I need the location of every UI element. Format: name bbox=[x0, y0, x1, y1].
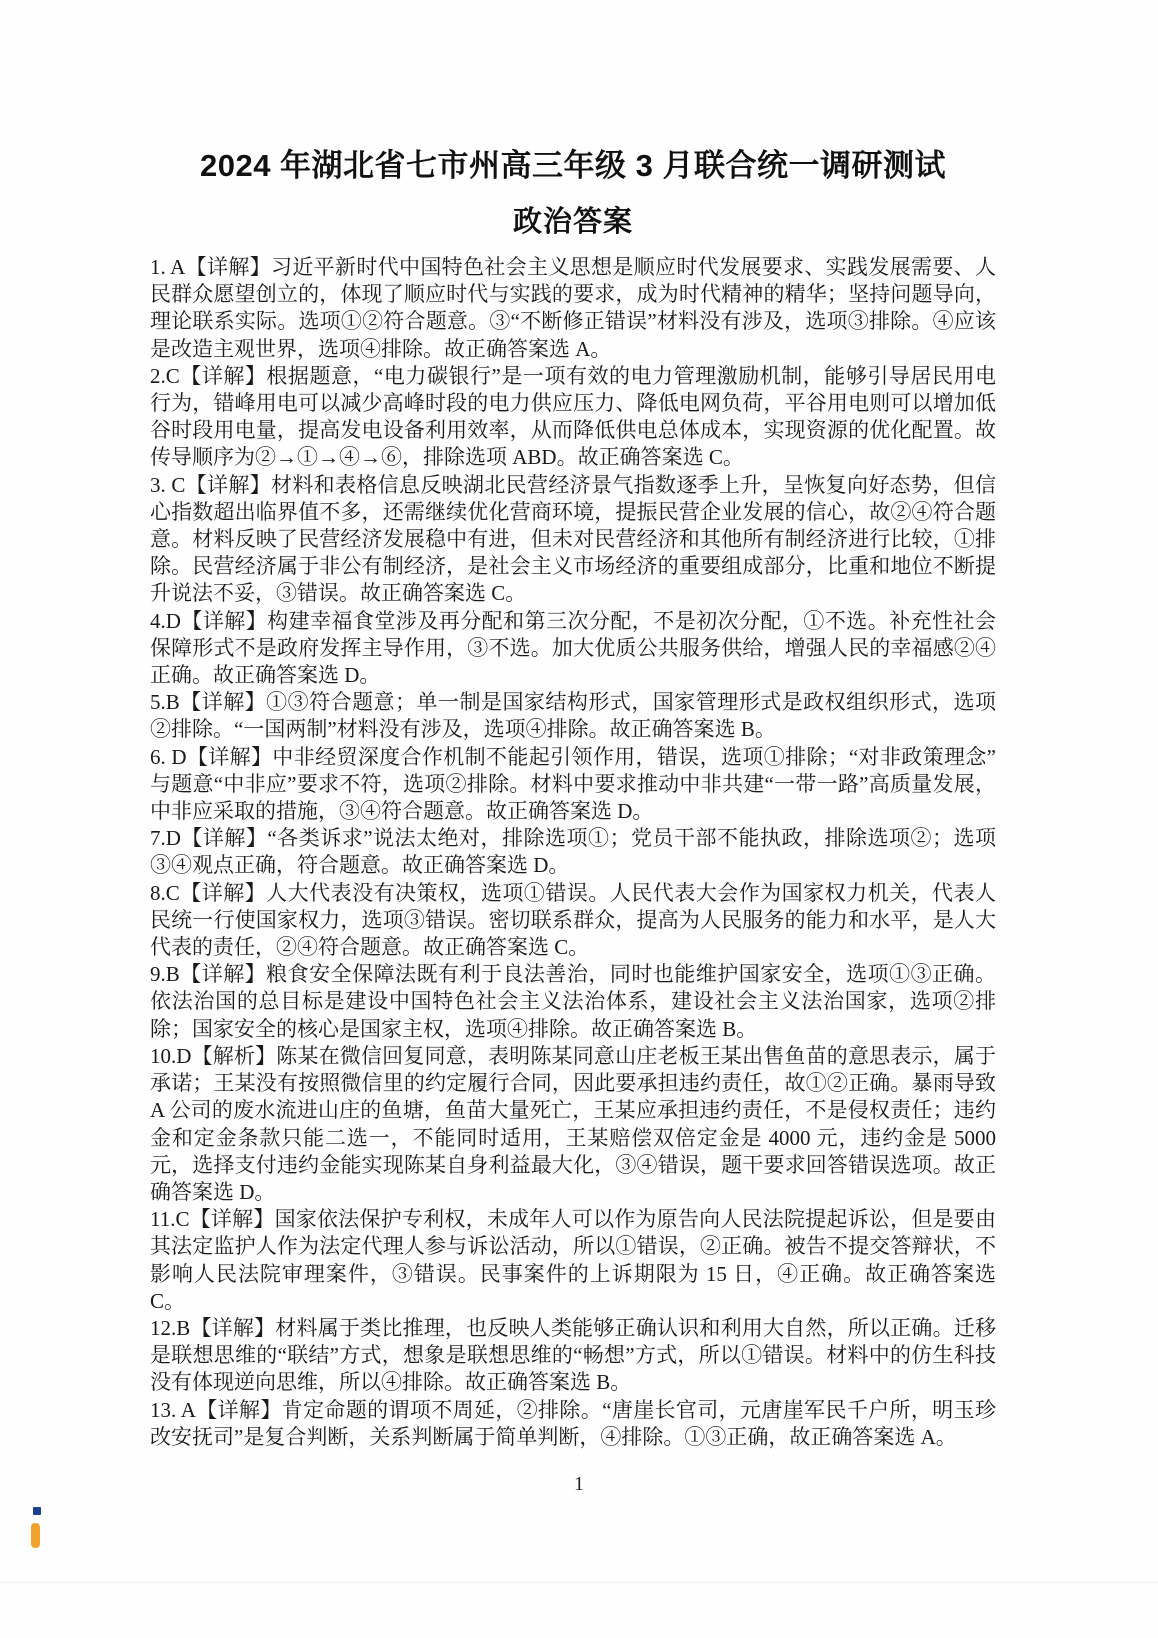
answer-item: 5.B【详解】①③符合题意；单一制是国家结构形式，国家管理形式是政权组织形式，选… bbox=[150, 689, 996, 743]
answer-body: “各类诉求”说法太绝对，排除选项①；党员干部不能执政，排除选项②；选项③④观点正… bbox=[150, 826, 996, 877]
answer-number: 9.B bbox=[150, 962, 180, 986]
answer-body: 国家依法保护专利权，未成年人可以作为原告向人民法院提起诉讼，但是要由其法定监护人… bbox=[150, 1207, 996, 1313]
answer-tag: 【详解】 bbox=[190, 1316, 275, 1340]
answer-body: 材料和表格信息反映湖北民营经济景气指数逐季上升，呈恢复向好态势，但信心指数超出临… bbox=[150, 473, 996, 606]
answer-number: 1. A bbox=[150, 255, 185, 279]
answer-item: 8.C【详解】人大代表没有决策权，选项①错误。人民代表大会作为国家权力机关，代表… bbox=[150, 880, 996, 962]
document-title: 2024 年湖北省七市州高三年级 3 月联合统一调研测试 bbox=[150, 146, 996, 186]
blue-square-marker-icon bbox=[33, 1507, 41, 1515]
answer-number: 4.D bbox=[150, 609, 181, 633]
answer-number: 5.B bbox=[150, 690, 180, 714]
answer-item: 9.B【详解】粮食安全保障法既有利于良法善治，同时也能维护国家安全，选项①③正确… bbox=[150, 961, 996, 1043]
answer-tag: 【详解】 bbox=[185, 255, 271, 279]
answer-body: 陈某在微信回复同意，表明陈某同意山庄老板王某出售鱼苗的意思表示，属于承诺；王某没… bbox=[150, 1044, 996, 1204]
answer-number: 7.D bbox=[150, 826, 181, 850]
answer-number: 8.C bbox=[150, 881, 180, 905]
answer-body: 人大代表没有决策权，选项①错误。人民代表大会作为国家权力机关，代表人民统一行使国… bbox=[150, 881, 996, 959]
answer-tag: 【详解】 bbox=[180, 881, 266, 905]
answer-body: 材料属于类比推理，也反映人类能够正确认识和利用大自然，所以正确。迁移是联想思维的… bbox=[150, 1316, 996, 1394]
answer-body: 中非经贸深度合作机制不能起引领作用，错误，选项①排除；“对非政策理念”与题意“中… bbox=[150, 745, 996, 823]
answer-number: 3. C bbox=[150, 473, 185, 497]
scan-edge-divider bbox=[0, 1582, 1158, 1583]
answer-body: 习近平新时代中国特色社会主义思想是顺应时代发展要求、实践发展需要、人民群众愿望创… bbox=[150, 255, 996, 361]
orange-bar-marker-icon bbox=[31, 1523, 40, 1548]
answer-body: 构建幸福食堂涉及再分配和第三次分配，不是初次分配，①不选。补充性社会保障形式不是… bbox=[150, 609, 996, 687]
answer-item: 10.D【解析】陈某在微信回复同意，表明陈某同意山庄老板王某出售鱼苗的意思表示，… bbox=[150, 1043, 996, 1206]
answer-tag: 【详解】 bbox=[189, 1207, 274, 1231]
document-subtitle: 政治答案 bbox=[150, 203, 996, 241]
answer-tag: 【详解】 bbox=[180, 962, 266, 986]
answer-item: 13. A【详解】肯定命题的谓项不周延，②排除。“唐崖长官司，元唐崖军民千户所，… bbox=[150, 1397, 996, 1451]
answer-tag: 【详解】 bbox=[180, 690, 266, 714]
answer-body: 根据题意，“电力碳银行”是一项有效的电力管理激励机制，能够引导居民用电行为，错峰… bbox=[150, 364, 996, 470]
answer-item: 3. C【详解】材料和表格信息反映湖北民营经济景气指数逐季上升，呈恢复向好态势，… bbox=[150, 472, 996, 608]
document-content: 2024 年湖北省七市州高三年级 3 月联合统一调研测试 政治答案 1. A【详… bbox=[150, 146, 996, 1451]
answer-item: 4.D【详解】构建幸福食堂涉及再分配和第三次分配，不是初次分配，①不选。补充性社… bbox=[150, 608, 996, 690]
page-number: 1 bbox=[0, 1472, 1158, 1496]
document-page: 2024 年湖北省七市州高三年级 3 月联合统一调研测试 政治答案 1. A【详… bbox=[0, 0, 1158, 1638]
answer-number: 6. D bbox=[150, 745, 187, 769]
answer-item: 1. A【详解】习近平新时代中国特色社会主义思想是顺应时代发展要求、实践发展需要… bbox=[150, 254, 996, 363]
answer-tag: 【详解】 bbox=[185, 473, 271, 497]
answer-tag: 【详解】 bbox=[181, 609, 267, 633]
answer-body: 粮食安全保障法既有利于良法善治，同时也能维护国家安全，选项①③正确。依法治国的总… bbox=[150, 962, 996, 1040]
answer-tag: 【详解】 bbox=[181, 826, 268, 850]
answer-number: 2.C bbox=[150, 364, 180, 388]
answer-item: 12.B【详解】材料属于类比推理，也反映人类能够正确认识和利用大自然，所以正确。… bbox=[150, 1315, 996, 1397]
answer-number: 10.D bbox=[150, 1044, 191, 1068]
answer-number: 12.B bbox=[150, 1316, 190, 1340]
answer-item: 2.C【详解】根据题意，“电力碳银行”是一项有效的电力管理激励机制，能够引导居民… bbox=[150, 363, 996, 472]
answers-section: 1. A【详解】习近平新时代中国特色社会主义思想是顺应时代发展要求、实践发展需要… bbox=[150, 254, 996, 1451]
answer-item: 6. D【详解】中非经贸深度合作机制不能起引领作用，错误，选项①排除；“对非政策… bbox=[150, 744, 996, 826]
answer-item: 7.D【详解】“各类诉求”说法太绝对，排除选项①；党员干部不能执政，排除选项②；… bbox=[150, 825, 996, 879]
answer-number: 13. A bbox=[150, 1398, 196, 1422]
answer-item: 11.C【详解】国家依法保护专利权，未成年人可以作为原告向人民法院提起诉讼，但是… bbox=[150, 1206, 996, 1315]
answer-body: ①③符合题意；单一制是国家结构形式，国家管理形式是政权组织形式，选项②排除。“一… bbox=[150, 690, 996, 741]
answer-number: 11.C bbox=[150, 1207, 189, 1231]
answer-tag: 【详解】 bbox=[187, 745, 273, 769]
answer-tag: 【解析】 bbox=[191, 1044, 276, 1068]
answer-tag: 【详解】 bbox=[180, 364, 267, 388]
answer-tag: 【详解】 bbox=[196, 1398, 282, 1422]
